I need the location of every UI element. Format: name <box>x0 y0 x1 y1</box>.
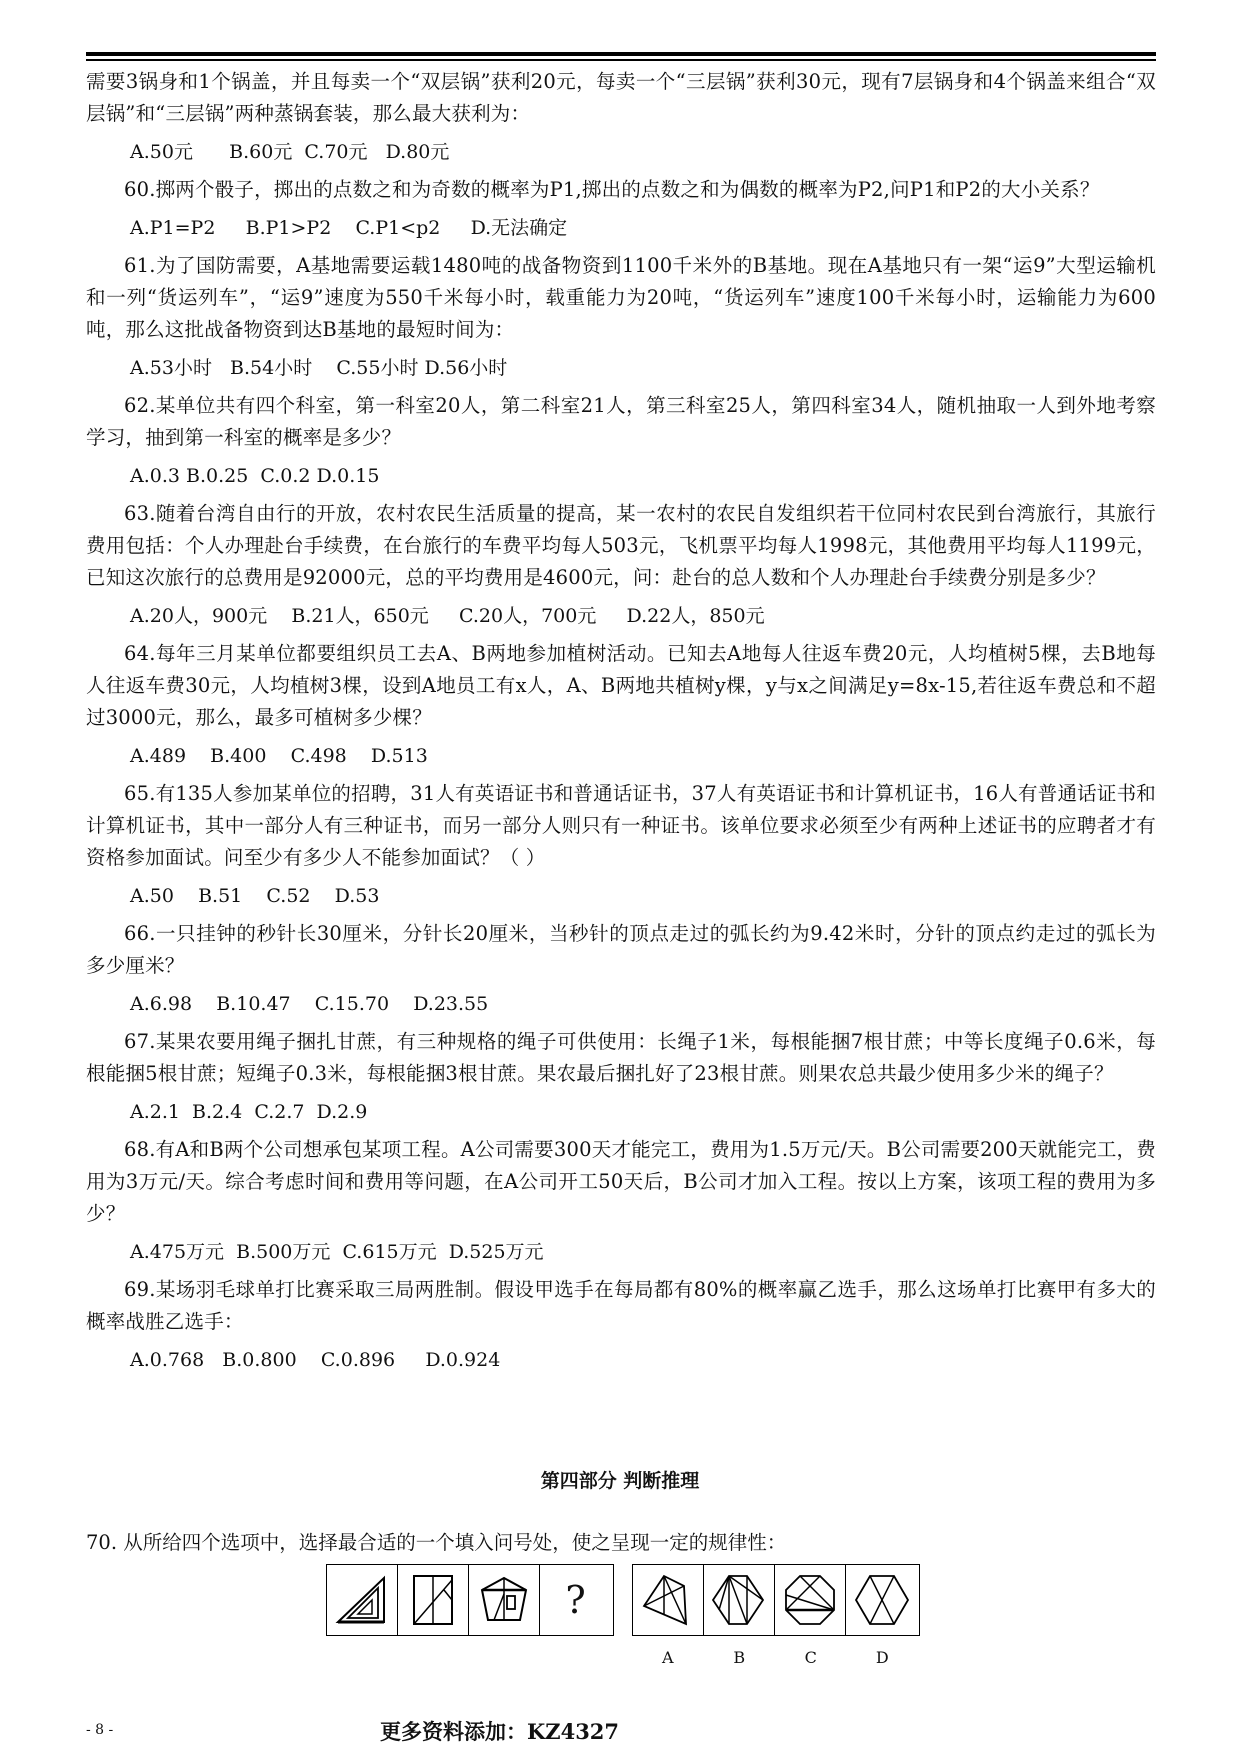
page-number: - 8 - <box>86 1722 113 1738</box>
question-67-options: A.2.1 B.2.4 C.2.7 D.2.9 <box>130 1096 1156 1128</box>
footer-ad: 更多资料添加：KZ4327 <box>380 1716 619 1746</box>
question-66-options: A.6.98 B.10.47 C.15.70 D.23.55 <box>130 988 1156 1020</box>
question-59-options: A.50元 B.60元 C.70元 D.80元 <box>130 136 1156 168</box>
question-62-options: A.0.3 B.0.25 C.0.2 D.0.15 <box>130 460 1156 492</box>
question-64: 64.每年三月某单位都要组织员工去A、B两地参加植树活动。已知去A地每人往返车费… <box>86 638 1156 734</box>
question-68-options: A.475万元 B.500万元 C.615万元 D.525万元 <box>130 1236 1156 1268</box>
section-title: 第四部分 判断推理 <box>0 1466 1240 1493</box>
octagon-lines-icon[interactable] <box>775 1565 846 1635</box>
question-65: 65.有135人参加某单位的招聘，31人有英语证书和普通话证书，37人有英语证书… <box>86 778 1156 874</box>
question-65-options: A.50 B.51 C.52 D.53 <box>130 880 1156 912</box>
option-label-a: A <box>632 1648 704 1667</box>
question-mark-cell: ? <box>540 1565 611 1635</box>
question-60-options: A.P1=P2 B.P1>P2 C.P1<p2 D.无法确定 <box>130 212 1156 244</box>
nested-triangles-icon <box>327 1565 398 1635</box>
answer-options-figure <box>632 1564 920 1636</box>
rectangle-split-icon <box>398 1565 469 1635</box>
question-61: 61.为了国防需要，A基地需要运载1480吨的战备物资到1100千米外的B基地。… <box>86 250 1156 346</box>
question-70: 70. 从所给四个选项中，选择最合适的一个填入问号处，使之呈现一定的规律性： <box>86 1527 786 1555</box>
question-63: 63.随着台湾自由行的开放，农村农民生活质量的提高，某一农村的农民自发组织若干位… <box>86 498 1156 594</box>
question-59-continuation: 需要3锅身和1个锅盖，并且每卖一个“双层锅”获利20元，每卖一个“三层锅”获利3… <box>86 66 1156 130</box>
question-66: 66.一只挂钟的秒针长30厘米，分针长20厘米，当秒针的顶点走过的弧长约为9.4… <box>86 918 1156 982</box>
quadrilateral-diagonals-icon[interactable] <box>633 1565 704 1635</box>
question-61-options: A.53小时 B.54小时 C.55小时 D.56小时 <box>130 352 1156 384</box>
page-content: 需要3锅身和1个锅盖，并且每卖一个“双层锅”获利20元，每卖一个“三层锅”获利3… <box>86 66 1156 1382</box>
question-62: 62.某单位共有四个科室，第一科室20人，第二科室21人，第三科室25人，第四科… <box>86 390 1156 454</box>
option-label-c: C <box>775 1648 847 1667</box>
question-68: 68.有A和B两个公司想承包某项工程。A公司需要300天才能完工，费用为1.5万… <box>86 1134 1156 1230</box>
pentagon-house-icon <box>469 1565 540 1635</box>
header-rule-thick <box>86 52 1156 56</box>
question-63-options: A.20人，900元 B.21人，650元 C.20人，700元 D.22人，8… <box>130 600 1156 632</box>
header-rule-thin <box>86 59 1156 61</box>
option-label-b: B <box>704 1648 776 1667</box>
option-label-d: D <box>847 1648 919 1667</box>
question-64-options: A.489 B.400 C.498 D.513 <box>130 740 1156 772</box>
hexagon-cross-icon[interactable] <box>846 1565 917 1635</box>
question-69-options: A.0.768 B.0.800 C.0.896 D.0.924 <box>130 1344 1156 1376</box>
question-mark: ? <box>565 1578 585 1622</box>
figure-sequence: ? <box>326 1564 614 1636</box>
question-60: 60.掷两个骰子，掷出的点数之和为奇数的概率为P1,掷出的点数之和为偶数的概率为… <box>86 174 1156 206</box>
answer-option-labels: A B C D <box>632 1648 918 1667</box>
hexagon-fan-icon[interactable] <box>704 1565 775 1635</box>
question-67: 67.某果农要用绳子捆扎甘蔗，有三种规格的绳子可供使用：长绳子1米，每根能捆7根… <box>86 1026 1156 1090</box>
question-69: 69.某场羽毛球单打比赛采取三局两胜制。假设甲选手在每局都有80%的概率赢乙选手… <box>86 1274 1156 1338</box>
